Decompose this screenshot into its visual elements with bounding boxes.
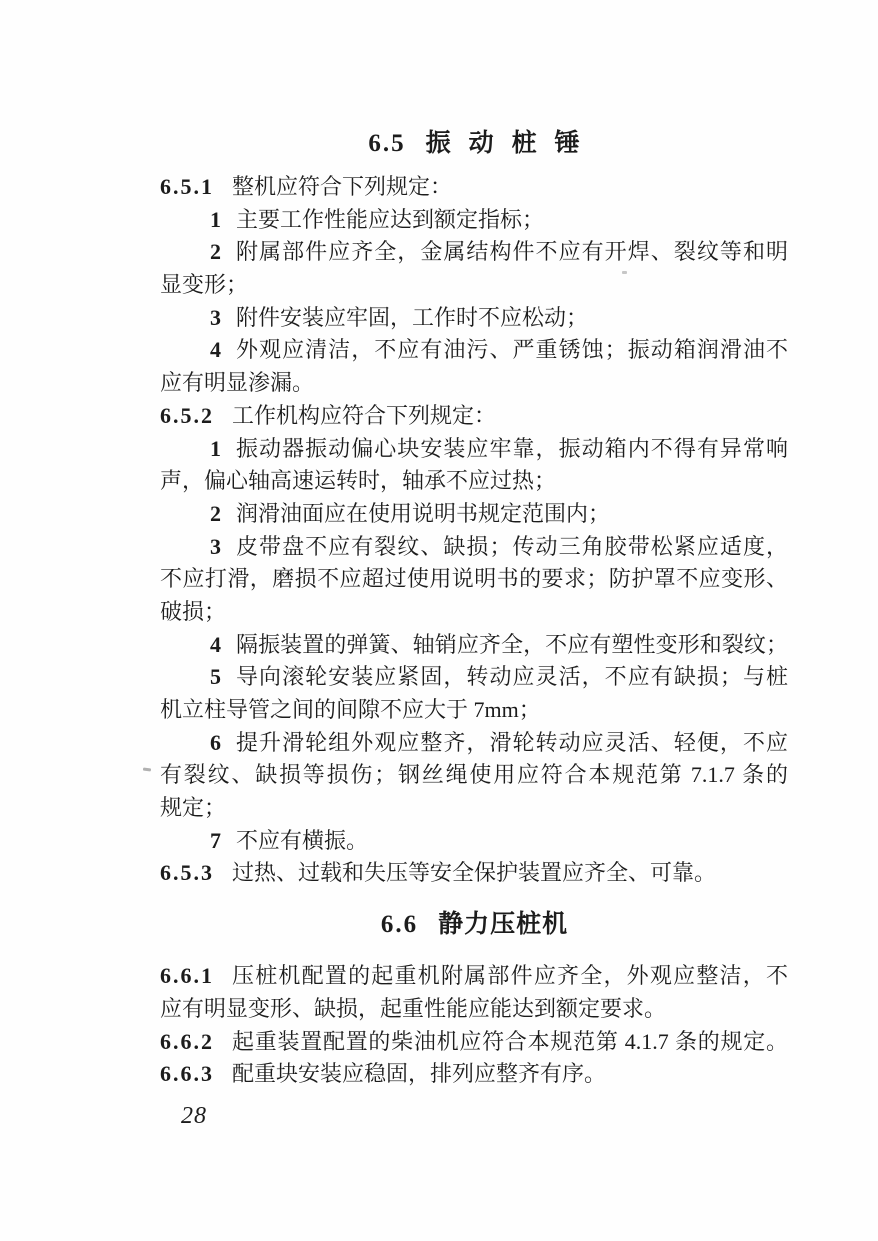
spec-line: 7 不应有横振。: [160, 825, 788, 858]
spec-line: 有裂纹、缺损等损伤；钢丝绳使用应符合本规范第 7.1.7 条的: [160, 759, 788, 792]
page-number: 28: [181, 1102, 788, 1130]
clause-text: 规定；: [160, 792, 788, 825]
clause-text: 振动器振动偏心块安装应牢靠，振动箱内不得有异常响: [236, 433, 788, 466]
item-number: 1: [210, 433, 236, 466]
section-heading-6-5: 6.5振动桩锤: [160, 126, 788, 162]
spec-line: 不应打滑，磨损不应超过使用说明书的要求；防护罩不应变形、: [160, 563, 788, 596]
section-number: 6.5: [368, 130, 405, 157]
spec-line: 3 皮带盘不应有裂纹、缺损；传动三角胶带松紧应适度，: [160, 531, 788, 564]
clause-number: 6.6.1: [160, 960, 232, 993]
spec-line: 6.6.2 起重装置配置的柴油机应符合本规范第 4.1.7 条的规定。: [160, 1026, 788, 1059]
clause-text: 不应打滑，磨损不应超过使用说明书的要求；防护罩不应变形、: [160, 563, 788, 596]
clause-number: 6.5.3: [160, 857, 232, 890]
spec-line: 6.5.1 整机应符合下列规定：: [160, 171, 788, 204]
item-number: 6: [210, 727, 236, 760]
spec-line: 声，偏心轴高速运转时，轴承不应过热；: [160, 465, 788, 498]
item-number: 4: [210, 334, 236, 367]
spec-line: 5 导向滚轮安装应紧固，转动应灵活，不应有缺损；与桩: [160, 661, 788, 694]
clause-text: 声，偏心轴高速运转时，轴承不应过热；: [160, 465, 788, 498]
clause-text: 应有明显渗漏。: [160, 367, 788, 400]
clause-text: 起重装置配置的柴油机应符合本规范第 4.1.7 条的规定。: [232, 1026, 788, 1059]
clause-text: 显变形；: [160, 269, 788, 302]
clause-text: 隔振装置的弹簧、轴销应齐全，不应有塑性变形和裂纹；: [236, 629, 788, 662]
spec-line: 4 外观应清洁，不应有油污、严重锈蚀；振动箱润滑油不: [160, 334, 788, 367]
spec-line: 1 主要工作性能应达到额定指标；: [160, 204, 788, 237]
clause-text: 皮带盘不应有裂纹、缺损；传动三角胶带松紧应适度，: [236, 531, 788, 564]
spec-line: 6.6.1 压桩机配置的起重机附属部件应齐全，外观应整洁，不: [160, 960, 788, 993]
clause-number: 6.5.2: [160, 400, 232, 433]
spec-line: 2 附属部件应齐全，金属结构件不应有开焊、裂纹等和明: [160, 236, 788, 269]
clause-text: 附件安装应牢固，工作时不应松动；: [236, 302, 788, 335]
clause-text: 机立柱导管之间的间隙不应大于 7mm；: [160, 694, 788, 727]
clause-text: 润滑油面应在使用说明书规定范围内；: [236, 498, 788, 531]
clause-text: 不应有横振。: [236, 825, 788, 858]
clause-text: 提升滑轮组外观应整齐，滑轮转动应灵活、轻便，不应: [236, 727, 788, 760]
spec-line: 2 润滑油面应在使用说明书规定范围内；: [160, 498, 788, 531]
item-number: 2: [210, 498, 236, 531]
spec-line: 6.6.3 配重块安装应稳固，排列应整齐有序。: [160, 1058, 788, 1091]
spec-line: 机立柱导管之间的间隙不应大于 7mm；: [160, 694, 788, 727]
spec-line: 规定；: [160, 792, 788, 825]
spec-line: 应有明显变形、缺损，起重性能应能达到额定要求。: [160, 993, 788, 1026]
item-number: 7: [210, 825, 236, 858]
clause-text: 有裂纹、缺损等损伤；钢丝绳使用应符合本规范第 7.1.7 条的: [160, 759, 788, 792]
clause-text: 破损；: [160, 596, 788, 629]
clause-text: 应有明显变形、缺损，起重性能应能达到额定要求。: [160, 993, 788, 1026]
clause-text: 工作机构应符合下列规定：: [232, 400, 788, 433]
document-page: 6.5振动桩锤 6.5.1 整机应符合下列规定： 1 主要工作性能应达到额定指标…: [0, 0, 878, 1241]
section-6-6-body: 6.6.1 压桩机配置的起重机附属部件应齐全，外观应整洁，不 应有明显变形、缺损…: [160, 960, 788, 1091]
clause-text: 整机应符合下列规定：: [232, 171, 788, 204]
item-number: 4: [210, 629, 236, 662]
item-number: 3: [210, 302, 236, 335]
clause-text: 附属部件应齐全，金属结构件不应有开焊、裂纹等和明: [236, 236, 788, 269]
section-heading-6-6: 6.6静力压桩机: [160, 907, 788, 943]
spec-line: 1 振动器振动偏心块安装应牢靠，振动箱内不得有异常响: [160, 433, 788, 466]
spec-line: 6 提升滑轮组外观应整齐，滑轮转动应灵活、轻便，不应: [160, 727, 788, 760]
spec-line: 6.5.3 过热、过载和失压等安全保护装置应齐全、可靠。: [160, 857, 788, 890]
scan-artifact: [143, 767, 151, 771]
clause-text: 压桩机配置的起重机附属部件应齐全，外观应整洁，不: [232, 960, 788, 993]
spec-line: 6.5.2 工作机构应符合下列规定：: [160, 400, 788, 433]
item-number: 2: [210, 236, 236, 269]
clause-text: 外观应清洁，不应有油污、严重锈蚀；振动箱润滑油不: [236, 334, 788, 367]
clause-number: 6.5.1: [160, 171, 232, 204]
clause-text: 主要工作性能应达到额定指标；: [236, 204, 788, 237]
section-title: 静力压桩机: [438, 911, 568, 938]
spec-line: 3 附件安装应牢固，工作时不应松动；: [160, 302, 788, 335]
section-6-5-body: 6.5.1 整机应符合下列规定： 1 主要工作性能应达到额定指标； 2 附属部件…: [160, 171, 788, 890]
clause-number: 6.6.2: [160, 1026, 232, 1059]
scan-artifact: [622, 271, 627, 274]
clause-text: 导向滚轮安装应紧固，转动应灵活，不应有缺损；与桩: [236, 661, 788, 694]
spec-line: 显变形；: [160, 269, 788, 302]
clause-text: 过热、过载和失压等安全保护装置应齐全、可靠。: [232, 857, 788, 890]
item-number: 5: [210, 661, 236, 694]
item-number: 3: [210, 531, 236, 564]
item-number: 1: [210, 204, 236, 237]
spec-line: 应有明显渗漏。: [160, 367, 788, 400]
clause-number: 6.6.3: [160, 1058, 232, 1091]
page-content: 6.5振动桩锤 6.5.1 整机应符合下列规定： 1 主要工作性能应达到额定指标…: [160, 0, 788, 1130]
clause-text: 配重块安装应稳固，排列应整齐有序。: [232, 1058, 788, 1091]
spec-line: 4 隔振装置的弹簧、轴销应齐全，不应有塑性变形和裂纹；: [160, 629, 788, 662]
section-title: 振动桩锤: [426, 130, 598, 157]
spec-line: 破损；: [160, 596, 788, 629]
section-number: 6.6: [381, 911, 418, 938]
